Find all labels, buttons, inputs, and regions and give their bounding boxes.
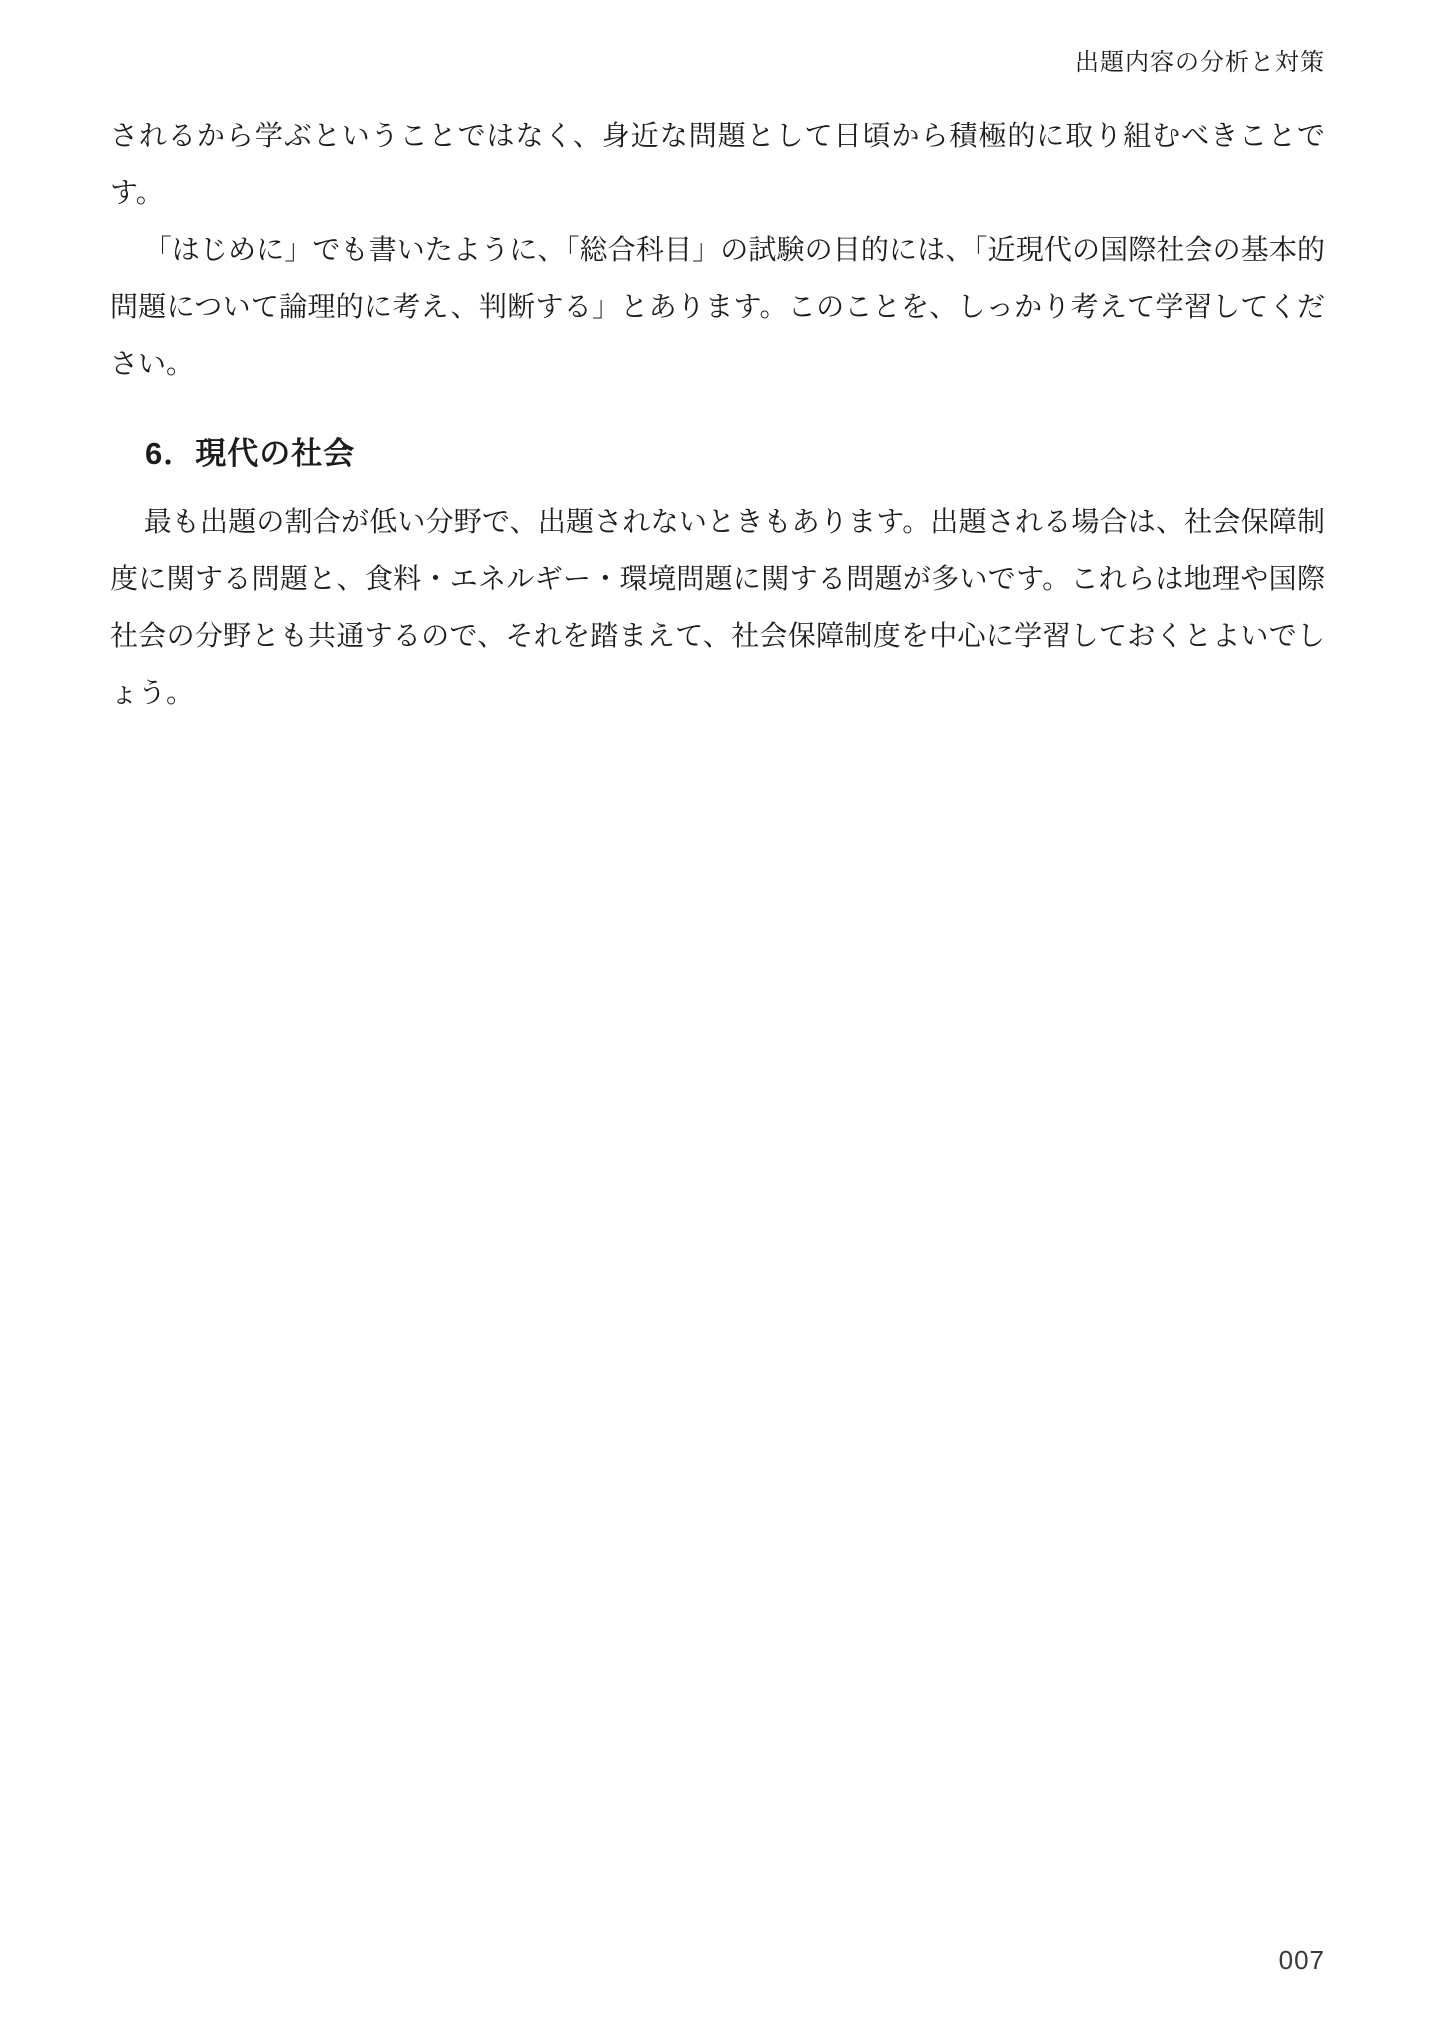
paragraph-hajimeni: 「はじめに」でも書いたように、「総合科目」の試験の目的には、「近現代の国際社会の… (110, 222, 1325, 393)
paragraph-continuation: されるから学ぶということではなく、身近な問題として日頃から積極的に取り組むべきこ… (110, 108, 1325, 222)
document-page: 出題内容の分析と対策 されるから学ぶということではなく、身近な問題として日頃から… (0, 0, 1434, 2024)
running-header: 出題内容の分析と対策 (110, 42, 1325, 77)
page-body: されるから学ぶということではなく、身近な問題として日頃から積極的に取り組むべきこ… (110, 108, 1325, 722)
section-heading-gendai-no-shakai: 6．現代の社会 (110, 434, 1325, 474)
page-number: 007 (1279, 1945, 1325, 1976)
paragraph-gendai: 最も出題の割合が低い分野で、出題されないときもあります。出題される場合は、社会保… (110, 494, 1325, 722)
